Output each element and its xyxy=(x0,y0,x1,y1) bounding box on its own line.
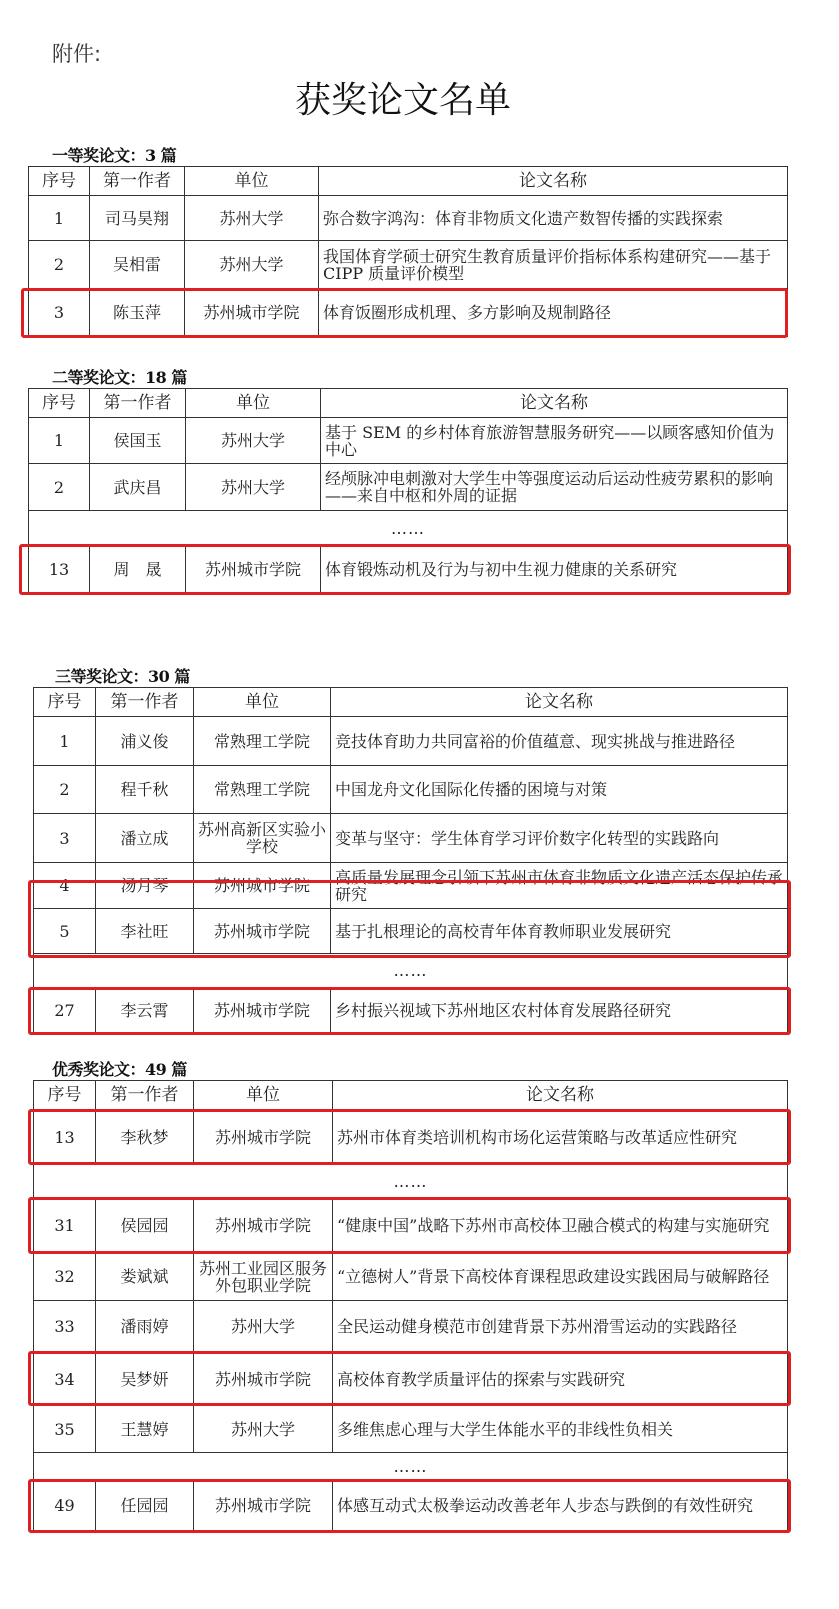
unit-name: 苏州城市学院 xyxy=(185,289,319,337)
ellipsis-row: …… xyxy=(34,1164,788,1199)
unit-name: 苏州工业园区服务外包职业学院 xyxy=(194,1253,333,1301)
table-header-row: 序号 第一作者 单位 论文名称 xyxy=(34,1081,788,1111)
unit-name: 苏州城市学院 xyxy=(194,863,331,909)
column-header-paper: 论文名称 xyxy=(333,1081,788,1111)
second-prize-table: 序号 第一作者 单位 论文名称 1 侯国玉 苏州大学 基于 SEM 的乡村体育旅… xyxy=(28,388,788,594)
unit-name: 苏州城市学院 xyxy=(194,1353,333,1406)
excellence-prize-table: 序号 第一作者 单位 论文名称 13 李秋梦 苏州城市学院 苏州市体育类培训机构… xyxy=(33,1080,788,1531)
unit-name: 苏州大学 xyxy=(185,241,319,289)
column-header-author: 第一作者 xyxy=(90,389,186,418)
row-number: 3 xyxy=(29,289,90,337)
column-header-author: 第一作者 xyxy=(96,1081,194,1111)
paper-title: 高质量发展理念引领下苏州市体育非物质文化遗产活态保护传承研究 xyxy=(331,863,788,909)
column-header-unit: 单位 xyxy=(185,167,319,196)
ellipsis-row: …… xyxy=(34,1453,788,1481)
table-row: 35 王慧婷 苏州大学 多维焦虑心理与大学生体能水平的非线性负相关 xyxy=(34,1406,788,1453)
row-number: 1 xyxy=(34,717,96,766)
table-row-highlighted: 3 陈玉萍 苏州城市学院 体育饭圈形成机理、多方影响及规制路径 xyxy=(29,289,788,337)
paper-title: 基于 SEM 的乡村体育旅游智慧服务研究——以顾客感知价值为中心 xyxy=(321,418,788,464)
row-number: 4 xyxy=(34,863,96,909)
table-row-highlighted: 5 李社旺 苏州城市学院 基于扎根理论的高校青年体育教师职业发展研究 xyxy=(34,909,788,954)
table-row: 3 潘立成 苏州高新区实验小学校 变革与坚守：学生体育学习评价数字化转型的实践路… xyxy=(34,814,788,863)
unit-name: 苏州城市学院 xyxy=(194,988,331,1034)
author-name: 李云霄 xyxy=(96,988,194,1034)
section-heading-second-prize: 二等奖论文：18 篇 xyxy=(52,365,187,388)
paper-title: 体感互动式太极拳运动改善老年人步态与跌倒的有效性研究 xyxy=(333,1481,788,1531)
paper-title: 苏州市体育类培训机构市场化运营策略与改革适应性研究 xyxy=(333,1111,788,1164)
author-name: 吴梦妍 xyxy=(96,1353,194,1406)
paper-title: 高校体育教学质量评估的探索与实践研究 xyxy=(333,1353,788,1406)
unit-name: 苏州城市学院 xyxy=(194,1111,333,1164)
paper-title: 乡村振兴视域下苏州地区农村体育发展路径研究 xyxy=(331,988,788,1034)
table-row: 2 吴相雷 苏州大学 我国体育学硕士研究生教育质量评价指标体系构建研究——基于 … xyxy=(29,241,788,289)
column-header-paper: 论文名称 xyxy=(319,167,788,196)
table-row-highlighted: 31 侯园园 苏州城市学院 “健康中国”战略下苏州市高校体卫融合模式的构建与实施… xyxy=(34,1199,788,1253)
row-number: 2 xyxy=(29,464,90,511)
table-row: 1 司马昊翔 苏州大学 弥合数字鸿沟：体育非物质文化遗产数智传播的实践探索 xyxy=(29,196,788,241)
author-name: 程千秋 xyxy=(96,766,194,814)
paper-title: 经颅脉冲电刺激对大学生中等强度运动后运动性疲劳累积的影响——来自中枢和外周的证据 xyxy=(321,464,788,511)
author-name: 侯园园 xyxy=(96,1199,194,1253)
unit-name: 苏州城市学院 xyxy=(186,546,321,594)
paper-title: “健康中国”战略下苏州市高校体卫融合模式的构建与实施研究 xyxy=(333,1199,788,1253)
unit-name: 苏州大学 xyxy=(186,464,321,511)
column-header-no: 序号 xyxy=(29,389,90,418)
row-number: 32 xyxy=(34,1253,96,1301)
table-row: 2 程千秋 常熟理工学院 中国龙舟文化国际化传播的困境与对策 xyxy=(34,766,788,814)
column-header-author: 第一作者 xyxy=(96,688,194,717)
unit-name: 苏州大学 xyxy=(185,196,319,241)
unit-name: 苏州城市学院 xyxy=(194,1199,333,1253)
paper-title: 体育锻炼动机及行为与初中生视力健康的关系研究 xyxy=(321,546,788,594)
document-title: 获奖论文名单 xyxy=(0,72,806,123)
paper-title: 基于扎根理论的高校青年体育教师职业发展研究 xyxy=(331,909,788,954)
ellipsis-row: …… xyxy=(34,954,788,988)
unit-name: 苏州大学 xyxy=(186,418,321,464)
paper-title: 弥合数字鸿沟：体育非物质文化遗产数智传播的实践探索 xyxy=(319,196,788,241)
paper-title: 我国体育学硕士研究生教育质量评价指标体系构建研究——基于 CIPP 质量评价模型 xyxy=(319,241,788,289)
table-header-row: 序号 第一作者 单位 论文名称 xyxy=(29,167,788,196)
column-header-unit: 单位 xyxy=(186,389,321,418)
table-row-highlighted: 34 吴梦妍 苏州城市学院 高校体育教学质量评估的探索与实践研究 xyxy=(34,1353,788,1406)
ellipsis-marker: …… xyxy=(29,511,788,546)
row-number: 49 xyxy=(34,1481,96,1531)
author-name: 陈玉萍 xyxy=(90,289,185,337)
column-header-paper: 论文名称 xyxy=(331,688,788,717)
row-number: 35 xyxy=(34,1406,96,1453)
column-header-no: 序号 xyxy=(34,1081,96,1111)
paper-title: 全民运动健身模范市创建背景下苏州滑雪运动的实践路径 xyxy=(333,1301,788,1353)
author-name: 王慧婷 xyxy=(96,1406,194,1453)
column-header-author: 第一作者 xyxy=(90,167,185,196)
table-row-highlighted: 4 汤月琴 苏州城市学院 高质量发展理念引领下苏州市体育非物质文化遗产活态保护传… xyxy=(34,863,788,909)
section-heading-excellence-prize: 优秀奖论文：49 篇 xyxy=(52,1057,187,1080)
row-number: 2 xyxy=(34,766,96,814)
column-header-paper: 论文名称 xyxy=(321,389,788,418)
paper-title: “立德树人”背景下高校体育课程思政建设实践困局与破解路径 xyxy=(333,1253,788,1301)
unit-name: 苏州城市学院 xyxy=(194,1481,333,1531)
column-header-unit: 单位 xyxy=(194,1081,333,1111)
author-name: 汤月琴 xyxy=(96,863,194,909)
unit-name: 常熟理工学院 xyxy=(194,717,331,766)
row-number: 2 xyxy=(29,241,90,289)
unit-name: 常熟理工学院 xyxy=(194,766,331,814)
row-number: 5 xyxy=(34,909,96,954)
ellipsis-marker: …… xyxy=(34,1164,788,1199)
row-number: 33 xyxy=(34,1301,96,1353)
table-row: 1 侯国玉 苏州大学 基于 SEM 的乡村体育旅游智慧服务研究——以顾客感知价值… xyxy=(29,418,788,464)
row-number: 1 xyxy=(29,418,90,464)
paper-title: 变革与坚守：学生体育学习评价数字化转型的实践路向 xyxy=(331,814,788,863)
table-header-row: 序号 第一作者 单位 论文名称 xyxy=(34,688,788,717)
author-name: 潘立成 xyxy=(96,814,194,863)
row-number: 31 xyxy=(34,1199,96,1253)
third-prize-table: 序号 第一作者 单位 论文名称 1 浦义俊 常熟理工学院 竞技体育助力共同富裕的… xyxy=(33,687,788,1034)
table-row: 2 武庆昌 苏州大学 经颅脉冲电刺激对大学生中等强度运动后运动性疲劳累积的影响—… xyxy=(29,464,788,511)
row-number: 34 xyxy=(34,1353,96,1406)
unit-name: 苏州城市学院 xyxy=(194,909,331,954)
author-name: 任园园 xyxy=(96,1481,194,1531)
row-number: 13 xyxy=(34,1111,96,1164)
section-heading-third-prize: 三等奖论文：30 篇 xyxy=(55,664,190,687)
unit-name: 苏州大学 xyxy=(194,1406,333,1453)
author-name: 武庆昌 xyxy=(90,464,186,511)
author-name: 周 晟 xyxy=(90,546,186,594)
paper-title: 竞技体育助力共同富裕的价值蕴意、现实挑战与推进路径 xyxy=(331,717,788,766)
author-name: 李秋梦 xyxy=(96,1111,194,1164)
table-row-highlighted: 49 任园园 苏州城市学院 体感互动式太极拳运动改善老年人步态与跌倒的有效性研究 xyxy=(34,1481,788,1531)
row-number: 3 xyxy=(34,814,96,863)
author-name: 司马昊翔 xyxy=(90,196,185,241)
table-row: 33 潘雨婷 苏州大学 全民运动健身模范市创建背景下苏州滑雪运动的实践路径 xyxy=(34,1301,788,1353)
column-header-no: 序号 xyxy=(29,167,90,196)
row-number: 1 xyxy=(29,196,90,241)
unit-name: 苏州大学 xyxy=(194,1301,333,1353)
first-prize-table: 序号 第一作者 单位 论文名称 1 司马昊翔 苏州大学 弥合数字鸿沟：体育非物质… xyxy=(28,166,788,337)
ellipsis-marker: …… xyxy=(34,954,788,988)
paper-title: 体育饭圈形成机理、多方影响及规制路径 xyxy=(319,289,788,337)
row-number: 27 xyxy=(34,988,96,1034)
unit-name: 苏州高新区实验小学校 xyxy=(194,814,331,863)
author-name: 娄斌斌 xyxy=(96,1253,194,1301)
section-heading-first-prize: 一等奖论文：3 篇 xyxy=(52,143,176,166)
author-name: 吴相雷 xyxy=(90,241,185,289)
author-name: 侯国玉 xyxy=(90,418,186,464)
author-name: 潘雨婷 xyxy=(96,1301,194,1353)
table-header-row: 序号 第一作者 单位 论文名称 xyxy=(29,389,788,418)
author-name: 浦义俊 xyxy=(96,717,194,766)
paper-title: 多维焦虑心理与大学生体能水平的非线性负相关 xyxy=(333,1406,788,1453)
row-number: 13 xyxy=(29,546,90,594)
column-header-no: 序号 xyxy=(34,688,96,717)
table-row: 32 娄斌斌 苏州工业园区服务外包职业学院 “立德树人”背景下高校体育课程思政建… xyxy=(34,1253,788,1301)
table-row-highlighted: 13 周 晟 苏州城市学院 体育锻炼动机及行为与初中生视力健康的关系研究 xyxy=(29,546,788,594)
table-row-highlighted: 27 李云霄 苏州城市学院 乡村振兴视域下苏州地区农村体育发展路径研究 xyxy=(34,988,788,1034)
table-row: 1 浦义俊 常熟理工学院 竞技体育助力共同富裕的价值蕴意、现实挑战与推进路径 xyxy=(34,717,788,766)
column-header-unit: 单位 xyxy=(194,688,331,717)
attachment-label: 附件: xyxy=(52,38,101,68)
ellipsis-row: …… xyxy=(29,511,788,546)
table-row-highlighted: 13 李秋梦 苏州城市学院 苏州市体育类培训机构市场化运营策略与改革适应性研究 xyxy=(34,1111,788,1164)
ellipsis-marker: …… xyxy=(34,1453,788,1481)
paper-title: 中国龙舟文化国际化传播的困境与对策 xyxy=(331,766,788,814)
author-name: 李社旺 xyxy=(96,909,194,954)
